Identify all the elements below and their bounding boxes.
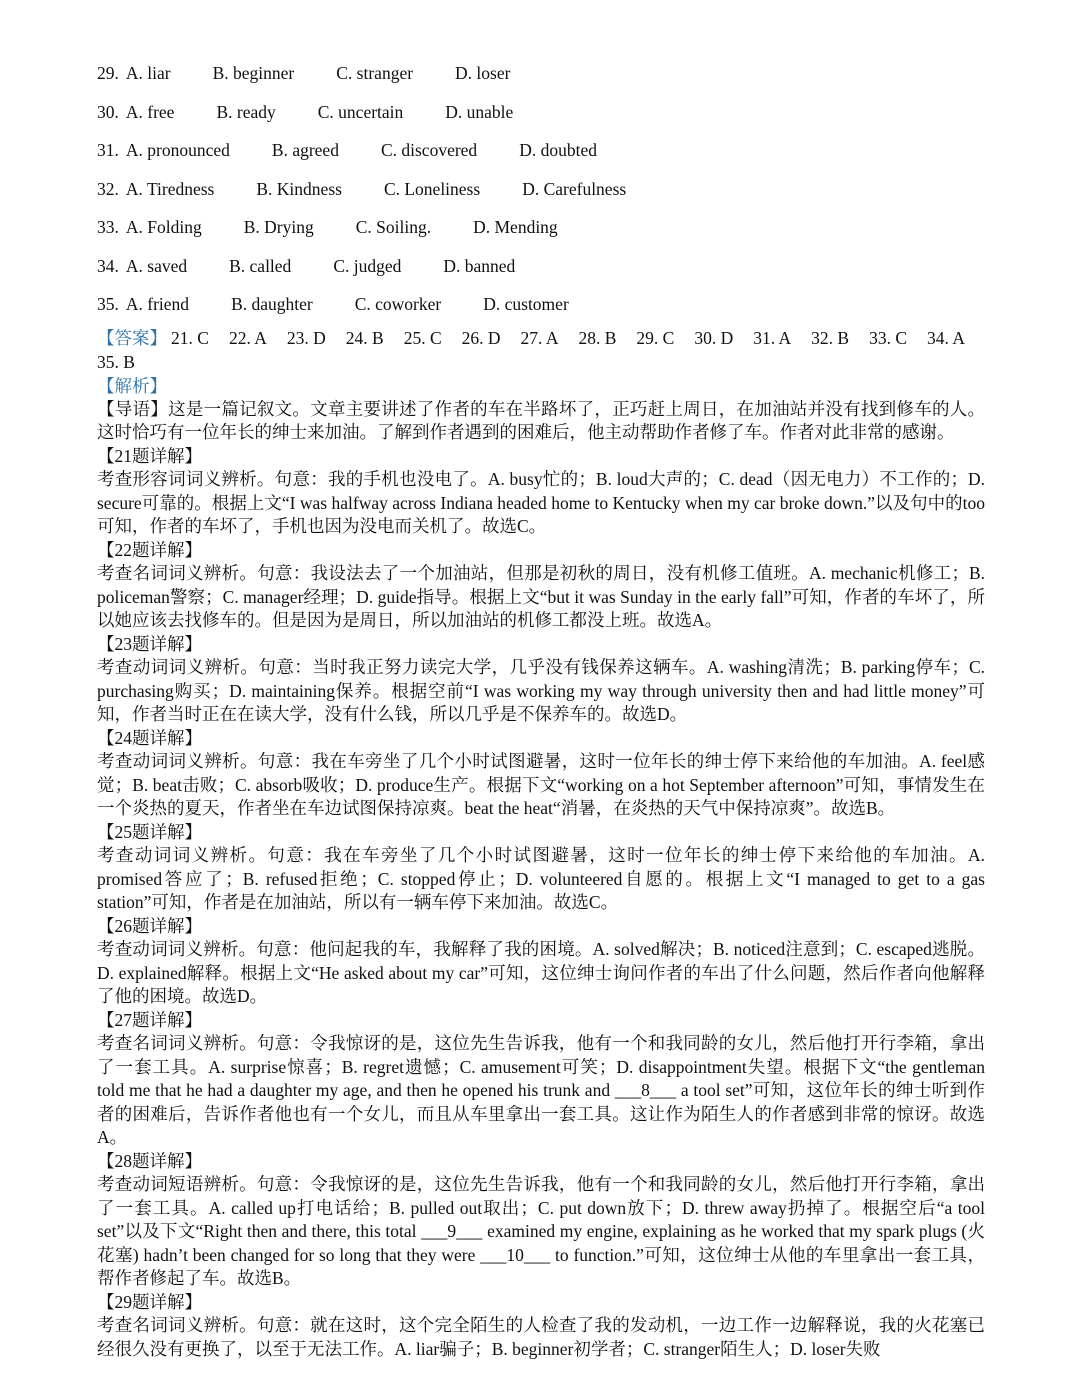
explanation-title: 【27题详解】 [97, 1009, 985, 1033]
question-option: A. Folding [126, 217, 202, 237]
explanation-title: 【23题详解】 [97, 633, 985, 657]
question-option: D. banned [443, 256, 515, 276]
question-option: C. stranger [336, 63, 413, 83]
question-option: D. Mending [473, 217, 558, 237]
question-option: A. free [126, 102, 175, 122]
question-option: B. called [229, 256, 291, 276]
question-option: B. daughter [231, 294, 313, 314]
question-option: C. Loneliness [384, 179, 480, 199]
answer-item: 30. D [694, 326, 733, 350]
answer-item: 32. B [811, 326, 849, 350]
explanation-text: 考查名词词义辨析。句意：就在这时，这个完全陌生的人检查了我的发动机，一边工作一边… [97, 1314, 985, 1361]
question-number: 30. [97, 102, 119, 122]
question-number: 35. [97, 294, 119, 314]
explanation-title: 【21题详解】 [97, 445, 985, 469]
explanation-title: 【22题详解】 [97, 539, 985, 563]
explanation-block-24: 【24题详解】 考查动词词义辨析。句意：我在车旁坐了几个小时试图避暑，这时一位年… [97, 727, 985, 821]
answer-item: 21. C [171, 326, 209, 350]
explanation-block-23: 【23题详解】 考查动词词义辨析。句意：当时我正努力读完大学，几乎没有钱保养这辆… [97, 633, 985, 727]
explanation-title: 【25题详解】 [97, 821, 985, 845]
question-row-35: 35.A. friendB. daughterC. coworkerD. cus… [97, 285, 985, 324]
intro-paragraph: 【导语】这是一篇记叙文。文章主要讲述了作者的车在半路坏了，正巧赶上周日，在加油站… [97, 398, 985, 445]
question-number: 29. [97, 63, 119, 83]
question-option: C. coworker [355, 294, 442, 314]
intro-label: 【导语】 [97, 399, 168, 419]
answer-item: 24. B [346, 326, 384, 350]
question-option: D. customer [483, 294, 569, 314]
question-option: B. Kindness [256, 179, 342, 199]
explanation-block-26: 【26题详解】 考查动词词义辨析。句意：他问起我的车，我解释了我的困境。A. s… [97, 915, 985, 1009]
question-row-29: 29.A. liarB. beginnerC. strangerD. loser [97, 54, 985, 93]
explanation-text: 考查动词短语辨析。句意：令我惊讶的是，这位先生告诉我，他有一个和我同龄的女儿，然… [97, 1173, 985, 1291]
document-page: 29.A. liarB. beginnerC. strangerD. loser… [0, 0, 1080, 1391]
explanation-text: 考查动词词义辨析。句意：他问起我的车，我解释了我的困境。A. solved解决；… [97, 938, 985, 1009]
question-option: C. judged [333, 256, 401, 276]
explanation-title: 【28题详解】 [97, 1150, 985, 1174]
explanation-title: 【24题详解】 [97, 727, 985, 751]
question-option: C. Soiling. [356, 217, 431, 237]
explanation-text: 考查名词词义辨析。句意：令我惊讶的是，这位先生告诉我，他有一个和我同龄的女儿，然… [97, 1032, 985, 1150]
question-option: D. Carefulness [522, 179, 626, 199]
question-row-32: 32.A. TirednessB. KindnessC. LonelinessD… [97, 170, 985, 209]
question-option: A. pronounced [126, 140, 230, 160]
answer-item: 26. D [462, 326, 501, 350]
answer-key-row: 【答案】21. C22. A23. D24. B25. C26. D27. A2… [97, 326, 985, 374]
explanation-title: 【29题详解】 [97, 1291, 985, 1315]
question-option: B. ready [216, 102, 275, 122]
answer-item: 23. D [287, 326, 326, 350]
answer-item: 22. A [229, 326, 267, 350]
answer-item: 29. C [636, 326, 674, 350]
explanation-text: 考查形容词词义辨析。句意：我的手机也没电了。A. busy忙的；B. loud大… [97, 468, 985, 539]
answer-item: 31. A [753, 326, 791, 350]
explanation-block-28: 【28题详解】 考查动词短语辨析。句意：令我惊讶的是，这位先生告诉我，他有一个和… [97, 1150, 985, 1291]
explanation-block-27: 【27题详解】 考查名词词义辨析。句意：令我惊讶的是，这位先生告诉我，他有一个和… [97, 1009, 985, 1150]
question-option: A. liar [126, 63, 171, 83]
question-option: A. saved [126, 256, 187, 276]
explanation-block-22: 【22题详解】 考查名词词义辨析。句意：我设法去了一个加油站，但那是初秋的周日，… [97, 539, 985, 633]
question-option: C. uncertain [318, 102, 404, 122]
explanation-text: 考查动词词义辨析。句意：当时我正努力读完大学，几乎没有钱保养这辆车。A. was… [97, 656, 985, 727]
answer-item: 27. A [521, 326, 559, 350]
question-number: 32. [97, 179, 119, 199]
question-number: 31. [97, 140, 119, 160]
answer-item: 34. A [927, 326, 965, 350]
explanation-title: 【26题详解】 [97, 915, 985, 939]
question-option: B. beginner [213, 63, 295, 83]
question-option: B. Drying [244, 217, 314, 237]
question-row-33: 33.A. FoldingB. DryingC. Soiling.D. Mend… [97, 208, 985, 247]
explanation-block-21: 【21题详解】 考查形容词词义辨析。句意：我的手机也没电了。A. busy忙的；… [97, 445, 985, 539]
question-option: D. unable [445, 102, 513, 122]
answer-item: 28. B [578, 326, 616, 350]
question-option: D. loser [455, 63, 510, 83]
answer-item: 35. B [97, 350, 135, 374]
question-option: B. agreed [272, 140, 339, 160]
explanation-text: 考查动词词义辨析。句意：我在车旁坐了几个小时试图避暑，这时一位年长的绅士停下来给… [97, 750, 985, 821]
analysis-label: 【解析】 [97, 374, 985, 398]
question-option: C. discovered [381, 140, 477, 160]
question-number: 33. [97, 217, 119, 237]
explanation-block-29: 【29题详解】 考查名词词义辨析。句意：就在这时，这个完全陌生的人检查了我的发动… [97, 1291, 985, 1362]
question-option: A. Tiredness [126, 179, 215, 199]
question-row-31: 31.A. pronouncedB. agreedC. discoveredD.… [97, 131, 985, 170]
answer-item: 33. C [869, 326, 907, 350]
question-option: A. friend [126, 294, 189, 314]
question-number: 34. [97, 256, 119, 276]
question-row-34: 34.A. savedB. calledC. judgedD. banned [97, 247, 985, 286]
explanation-block-25: 【25题详解】 考查动词词义辨析。句意：我在车旁坐了几个小时试图避暑，这时一位年… [97, 821, 985, 915]
intro-text: 这是一篇记叙文。文章主要讲述了作者的车在半路坏了，正巧赶上周日，在加油站并没有找… [97, 399, 985, 443]
explanation-text: 考查动词词义辨析。句意：我在车旁坐了几个小时试图避暑，这时一位年长的绅士停下来给… [97, 844, 985, 915]
answers-label: 【答案】 [97, 328, 167, 348]
answer-item: 25. C [404, 326, 442, 350]
question-options-list: 29.A. liarB. beginnerC. strangerD. loser… [97, 54, 985, 324]
question-option: D. doubted [519, 140, 597, 160]
question-row-30: 30.A. freeB. readyC. uncertainD. unable [97, 93, 985, 132]
explanation-text: 考查名词词义辨析。句意：我设法去了一个加油站，但那是初秋的周日，没有机修工值班。… [97, 562, 985, 633]
